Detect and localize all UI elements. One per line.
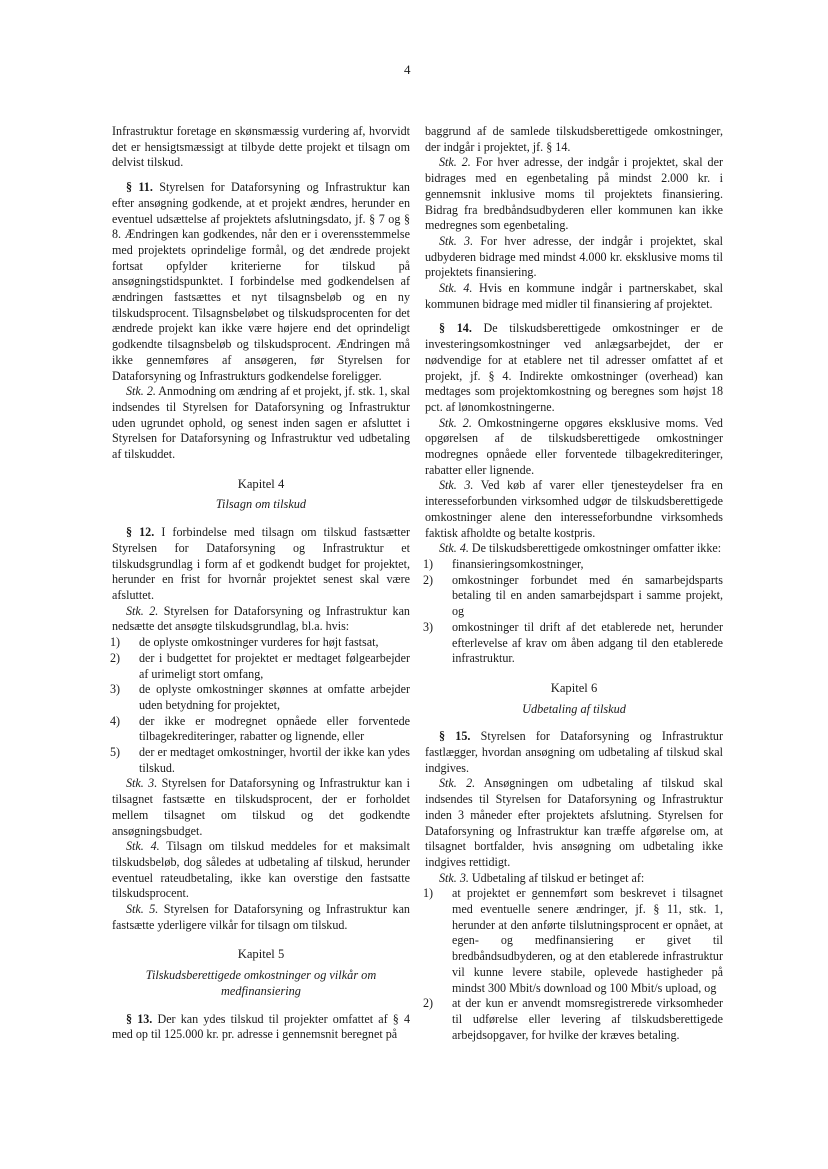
chapter-4-title: Tilsagn om tilskud (112, 497, 410, 513)
stk-label: Stk. 2. (439, 776, 475, 790)
section-14-stk3: Stk. 3. Ved køb af varer eller tjenestey… (425, 478, 723, 541)
section-15-list: 1)at projektet er gennemført som beskrev… (425, 886, 723, 1043)
stk-label: Stk. 3. (126, 776, 157, 790)
section-15: § 15. Styrelsen for Dataforsyning og Inf… (425, 729, 723, 776)
chapter-6-title: Udbetaling af tilskud (425, 702, 723, 718)
section-15-stk2: Stk. 2. Ansøgningen om udbetaling af til… (425, 776, 723, 870)
section-13-stk2: Stk. 2. For hver adresse, der indgår i p… (425, 155, 723, 234)
stk-label: Stk. 5. (126, 902, 158, 916)
section-13-stk3: Stk. 3. For hver adresse, der indgår i p… (425, 234, 723, 281)
list-item: 3)omkostninger til drift af det etablere… (425, 620, 723, 667)
list-item: 4)der ikke er modregnet opnåede eller fo… (112, 714, 410, 745)
section-13-continued: baggrund af de samlede tilskudsberettige… (425, 124, 723, 155)
section-11: § 11. Styrelsen for Dataforsyning og Inf… (112, 180, 410, 384)
section-14-list: 1)finansieringsomkostninger, 2)omkostnin… (425, 557, 723, 667)
section-14: § 14. De tilskudsberettigede omkostninge… (425, 321, 723, 415)
section-12-stk4: Stk. 4. Tilsagn om tilskud meddeles for … (112, 839, 410, 902)
intro-paragraph: Infrastruktur foretage en skønsmæssig vu… (112, 124, 410, 171)
chapter-5-heading: Kapitel 5 (112, 947, 410, 963)
section-15-number: § 15. (439, 729, 470, 743)
stk-label: Stk. 3. (439, 871, 469, 885)
section-14-stk4: Stk. 4. De tilskudsberettigede omkostnin… (425, 541, 723, 557)
section-13: § 13. Der kan ydes tilskud til projekter… (112, 1012, 410, 1043)
section-11-number: § 11. (126, 180, 153, 194)
section-12: § 12. I forbindelse med tilsagn om tilsk… (112, 525, 410, 604)
stk-label: Stk. 4. (439, 281, 472, 295)
list-item: 1)finansieringsomkostninger, (425, 557, 723, 573)
section-12-number: § 12. (126, 525, 154, 539)
section-12-stk5: Stk. 5. Styrelsen for Dataforsyning og I… (112, 902, 410, 933)
stk-label: Stk. 2. (439, 155, 471, 169)
stk-label: Stk. 2. (439, 416, 472, 430)
left-column: Infrastruktur foretage en skønsmæssig vu… (112, 124, 410, 1043)
list-item: 2)omkostninger forbundet med én samarbej… (425, 573, 723, 620)
section-12-list: 1)de oplyste omkostninger vurderes for h… (112, 635, 410, 776)
list-item: 2)at der kun er anvendt momsregistrerede… (425, 996, 723, 1043)
stk-label: Stk. 2. (126, 384, 156, 398)
list-item: 1)de oplyste omkostninger vurderes for h… (112, 635, 410, 651)
list-item: 2)der i budgettet for projektet er medta… (112, 651, 410, 682)
stk-label: Stk. 3. (439, 478, 473, 492)
section-12-stk3: Stk. 3. Styrelsen for Dataforsyning og I… (112, 776, 410, 839)
chapter-6-heading: Kapitel 6 (425, 681, 723, 697)
right-column: baggrund af de samlede tilskudsberettige… (425, 124, 723, 1043)
section-15-stk3: Stk. 3. Udbetaling af tilskud er betinge… (425, 871, 723, 887)
chapter-4-heading: Kapitel 4 (112, 477, 410, 493)
list-item: 1)at projektet er gennemført som beskrev… (425, 886, 723, 996)
stk-label: Stk. 4. (439, 541, 469, 555)
section-13-stk4: Stk. 4. Hvis en kommune indgår i partner… (425, 281, 723, 312)
section-14-stk2: Stk. 2. Omkostningerne opgøres eksklusiv… (425, 416, 723, 479)
section-12-stk2: Stk. 2. Styrelsen for Dataforsyning og I… (112, 604, 410, 635)
stk-label: Stk. 4. (126, 839, 160, 853)
page-number: 4 (404, 62, 411, 78)
stk-label: Stk. 2. (126, 604, 158, 618)
section-13-number: § 13. (126, 1012, 152, 1026)
chapter-5-title: Tilskudsberettigede omkostninger og vilk… (112, 968, 410, 999)
list-item: 3)de oplyste omkostninger skønnes at omf… (112, 682, 410, 713)
list-item: 5)der er medtaget omkostninger, hvortil … (112, 745, 410, 776)
stk-label: Stk. 3. (439, 234, 473, 248)
section-11-stk2: Stk. 2. Anmodning om ændring af et proje… (112, 384, 410, 463)
section-14-number: § 14. (439, 321, 472, 335)
